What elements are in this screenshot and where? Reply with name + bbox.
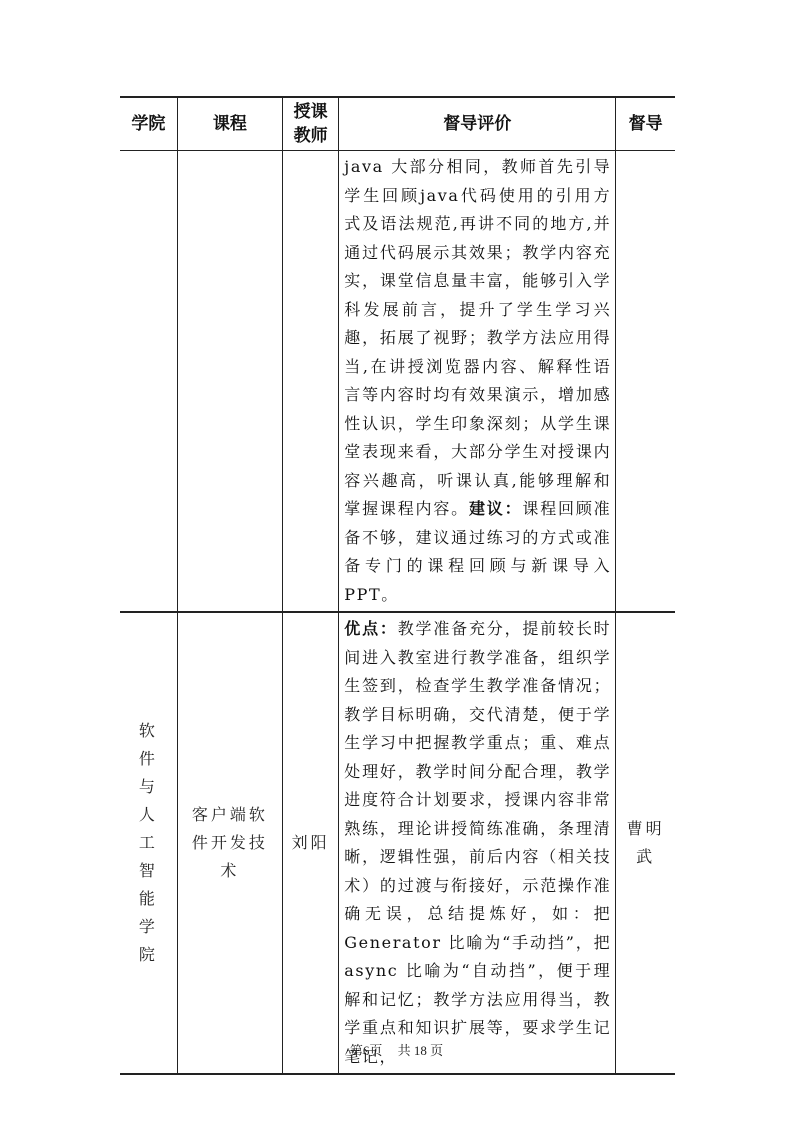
header-teacher-line1: 授课	[283, 100, 338, 124]
cell-course	[177, 151, 282, 613]
cell-evaluation: 优点：教学准备充分，提前较长时间进入教室进行教学准备，组织学生签到，检查学生教学…	[339, 612, 616, 1074]
header-supervisor: 督导	[616, 97, 675, 151]
header-evaluation: 督导评价	[339, 97, 616, 151]
cell-evaluation: java 大部分相同，教师首先引导学生回顾java代码使用的引用方式及语法规范,…	[339, 151, 616, 613]
page-total: 共 18 页	[398, 1043, 444, 1058]
cell-college: 软件与人工智能学院	[120, 612, 177, 1074]
evaluation-text: java 大部分相同，教师首先引导学生回顾java代码使用的引用方式及语法规范,…	[344, 157, 611, 518]
suggestion-label: 建议：	[469, 499, 522, 518]
header-teacher: 授课 教师	[283, 97, 339, 151]
header-college: 学院	[120, 97, 177, 151]
header-course: 课程	[177, 97, 282, 151]
table-row: 软件与人工智能学院 客户端软件开发技术 刘阳 优点：教学准备充分，提前较长时间进…	[120, 612, 675, 1074]
page-footer: 第6页 共 18 页	[0, 1040, 793, 1059]
evaluation-text: 教学准备充分，提前较长时间进入教室进行教学准备，组织学生签到，检查学生教学准备情…	[344, 619, 611, 1066]
cell-teacher: 刘阳	[283, 612, 339, 1074]
cell-teacher	[283, 151, 339, 613]
cell-supervisor: 曹明武	[616, 612, 675, 1074]
supervision-evaluation-table: 学院 课程 授课 教师 督导评价 督导 java 大部分相同，教师首先引导学生回…	[120, 96, 675, 1075]
page-number: 第6页	[350, 1043, 383, 1058]
table-header-row: 学院 课程 授课 教师 督导评价 督导	[120, 97, 675, 151]
cell-supervisor	[616, 151, 675, 613]
strengths-label: 优点：	[344, 619, 397, 638]
header-teacher-line2: 教师	[283, 124, 338, 148]
table-row: java 大部分相同，教师首先引导学生回顾java代码使用的引用方式及语法规范,…	[120, 151, 675, 613]
cell-college	[120, 151, 177, 613]
cell-course: 客户端软件开发技术	[177, 612, 282, 1074]
